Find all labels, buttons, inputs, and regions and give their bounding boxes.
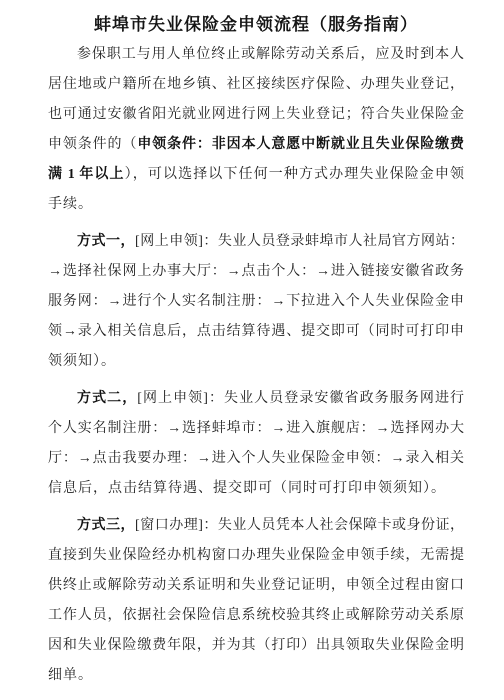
paragraph-method-1: 方式一，[网上申领]：失业人员登录蚌埠市人社局官方网站：→选择社保网上办事大厅：… (48, 227, 464, 377)
paragraph-intro: 参保职工与用人单位终止或解除劳动关系后，应及时到本人居住地或户籍所在地乡镇、社区… (48, 40, 464, 220)
text-run: 手续。 (48, 197, 93, 212)
text-line: 信息后，点击结算待遇、提交即可（同时可打印申领须知）。 (48, 474, 464, 504)
text-line: 因和失业保险缴费年限，并为其（打印）出具领取失业保险金明 (48, 631, 464, 661)
text-run: 信息后，点击结算待遇、提交即可（同时可打印申领须知）。 (48, 481, 446, 496)
text-line: 领须知）。 (48, 347, 464, 377)
bold-text-run: 方式三， (77, 518, 135, 533)
text-line: 领→录入相关信息后，点击结算待遇、提交即可（同时可打印申 (48, 317, 464, 347)
text-line: 厅：→点击我要办理：→进入个人失业保险金申领：→录入相关 (48, 444, 464, 474)
text-run: ），可以选择以下任何一种方式办理失业保险金申领 (125, 167, 464, 182)
text-run: 供终止或解除劳动关系证明和失业登记证明，申领全过程由窗口 (48, 578, 464, 593)
text-line: 满 1 年以上），可以选择以下任何一种方式办理失业保险金申领 (48, 160, 464, 190)
text-line: 直接到失业保险经办机构窗口办理失业保险金申领手续，无需提 (48, 541, 464, 571)
document-title: 蚌埠市失业保险金申领流程（服务指南） (48, 10, 464, 40)
text-run: [窗口办理]：失业人员凭本人社会保障卡或身份证， (135, 518, 464, 533)
text-run: 领须知）。 (48, 354, 116, 369)
text-run: 直接到失业保险经办机构窗口办理失业保险金申领手续，无需提 (48, 548, 464, 563)
text-line: →选择社保网上办事大厅：→点击个人：→进入链接安徽省政务 (48, 257, 464, 287)
document-page: 蚌埠市失业保险金申领流程（服务指南） 参保职工与用人单位终止或解除劳动关系后，应… (0, 0, 504, 700)
text-line: 服务网：→进行个人实名制注册：→下拉进入个人失业保险金申 (48, 287, 464, 317)
text-run: 也可通过安徽省阳光就业网进行网上失业登记；符合失业保险金 (48, 107, 464, 122)
text-run: 居住地或户籍所在地乡镇、社区接续医疗保险、办理失业登记， (48, 77, 464, 92)
text-line: 方式二，[网上申领]：失业人员登录安徽省政务服务网进行 (48, 384, 464, 414)
text-run: 领→录入相关信息后，点击结算待遇、提交即可（同时可打印申 (48, 324, 464, 339)
text-line: 供终止或解除劳动关系证明和失业登记证明，申领全过程由窗口 (48, 571, 464, 601)
bold-text-run: 方式一， (77, 234, 135, 249)
text-line: 方式一，[网上申领]：失业人员登录蚌埠市人社局官方网站： (48, 227, 464, 257)
text-run: [网上申领]：失业人员登录安徽省政务服务网进行 (137, 391, 464, 406)
paragraph-method-3: 方式三，[窗口办理]：失业人员凭本人社会保障卡或身份证，直接到失业保险经办机构窗… (48, 511, 464, 691)
text-run: 参保职工与用人单位终止或解除劳动关系后，应及时到本人 (77, 47, 464, 62)
bold-text-run: 申领条件：非因本人意愿中断就业且失业保险缴费 (137, 137, 464, 152)
text-run: 个人实名制注册：→选择蚌埠市：→进入旗舰店：→选择网办大 (48, 421, 464, 436)
text-line: 方式三，[窗口办理]：失业人员凭本人社会保障卡或身份证， (48, 511, 464, 541)
text-run: 厅：→点击我要办理：→进入个人失业保险金申领：→录入相关 (48, 451, 464, 466)
text-run: 服务网：→进行个人实名制注册：→下拉进入个人失业保险金申 (48, 294, 464, 309)
text-line: 个人实名制注册：→选择蚌埠市：→进入旗舰店：→选择网办大 (48, 414, 464, 444)
paragraph-method-2: 方式二，[网上申领]：失业人员登录安徽省政务服务网进行个人实名制注册：→选择蚌埠… (48, 384, 464, 504)
bold-text-run: 方式二， (77, 391, 137, 406)
text-line: 参保职工与用人单位终止或解除劳动关系后，应及时到本人 (48, 40, 464, 70)
document-body: 参保职工与用人单位终止或解除劳动关系后，应及时到本人居住地或户籍所在地乡镇、社区… (48, 40, 464, 691)
text-line: 居住地或户籍所在地乡镇、社区接续医疗保险、办理失业登记， (48, 70, 464, 100)
text-run: 申领条件的（ (48, 137, 137, 152)
text-line: 申领条件的（申领条件：非因本人意愿中断就业且失业保险缴费 (48, 130, 464, 160)
text-line: 细单。 (48, 661, 464, 691)
text-line: 也可通过安徽省阳光就业网进行网上失业登记；符合失业保险金 (48, 100, 464, 130)
text-line: 手续。 (48, 190, 464, 220)
text-run: →选择社保网上办事大厅：→点击个人：→进入链接安徽省政务 (48, 264, 464, 279)
text-line: 工作人员，依据社会保险信息系统校验其终止或解除劳动关系原 (48, 601, 464, 631)
text-run: 因和失业保险缴费年限，并为其（打印）出具领取失业保险金明 (48, 638, 464, 653)
text-run: [网上申领]：失业人员登录蚌埠市人社局官方网站： (135, 234, 464, 249)
text-run: 工作人员，依据社会保险信息系统校验其终止或解除劳动关系原 (48, 608, 464, 623)
bold-text-run: 满 1 年以上 (48, 167, 125, 182)
text-run: 细单。 (48, 668, 93, 683)
